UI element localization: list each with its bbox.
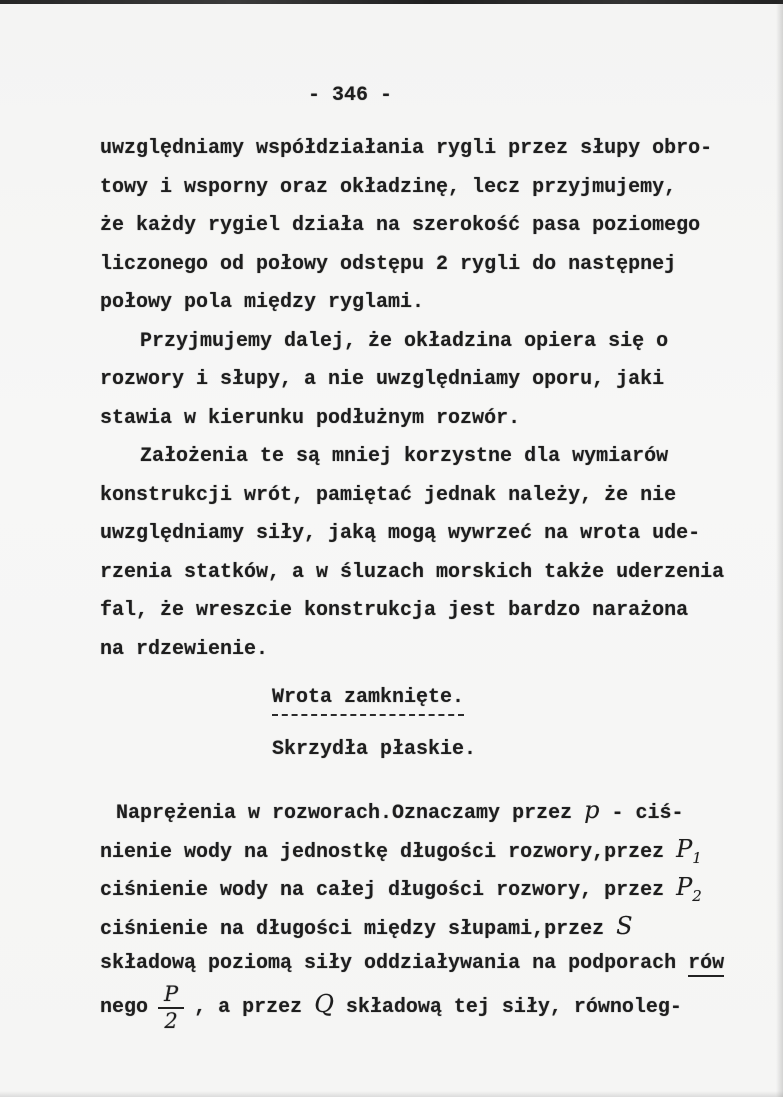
text-line: rzenia statków, a w śluzach morskich tak… [100, 554, 720, 593]
headings: Wrota zamknięte. Skrzydła płaskie. [272, 683, 720, 765]
text-line: składową poziomą siły oddziaływania na p… [100, 945, 720, 984]
text-segment: nego [100, 996, 148, 1019]
text-line: towy i wsporny oraz okładzinę, lecz przy… [100, 169, 720, 208]
text-segment: składową poziomą siły oddziaływania na p… [100, 952, 676, 975]
fraction-numerator: P [158, 984, 184, 1009]
math-symbol-s: S [616, 912, 632, 940]
text-segment: składową tej siły, równoleg- [346, 996, 682, 1019]
text-line: ciśnienie wody na całej długości rozwory… [100, 868, 720, 907]
math-symbol-q: Q [314, 990, 334, 1018]
paragraph-4: Naprężenia w rozworach.Oznaczamy przezp-… [100, 791, 720, 1022]
symbol-base: P [676, 873, 692, 901]
text-segment: Naprężenia w rozworach.Oznaczamy przez [116, 802, 572, 825]
text-column: - 346 - uwzględniamy współdziałania rygl… [100, 84, 720, 1022]
text-line: negoP2, a przezQskładową tej siły, równo… [100, 984, 720, 1023]
text-line: Przyjmujemy dalej, że okładzina opiera s… [100, 323, 720, 362]
underlined-word: rów [688, 952, 724, 977]
heading-skrzydla-plaskie: Skrzydła płaskie. [272, 735, 720, 765]
text-line: połowy pola między ryglami. [100, 284, 720, 323]
heading-wrota-zamkniete: Wrota zamknięte. [272, 683, 720, 713]
text-line: stawia w kierunku podłużnym rozwór. [100, 400, 720, 439]
scan-edge-top [0, 0, 783, 4]
symbol-base: P [676, 835, 692, 863]
math-symbol-p: p [584, 796, 599, 824]
text-line: konstrukcji wrót, pamiętać jednak należy… [100, 477, 720, 516]
math-symbol-p1: P1 [676, 835, 702, 863]
fraction-denominator: 2 [158, 1009, 184, 1032]
text-line: liczonego od połowy odstępu 2 rygli do n… [100, 246, 720, 285]
paragraph-1: uwzględniamy współdziałania rygli przez … [100, 130, 720, 323]
text-segment: ciśnienie na długości między słupami,prz… [100, 918, 604, 941]
paragraph-2: Przyjmujemy dalej, że okładzina opiera s… [100, 323, 720, 439]
text-line: Założenia te są mniej korzystne dla wymi… [100, 438, 720, 477]
text-line: ciśnienie na długości między słupami,prz… [100, 907, 720, 946]
symbol-subscript: 2 [692, 887, 702, 905]
spacer [676, 952, 688, 975]
text-line: na rdzewienie. [100, 631, 720, 670]
text-line: uwzględniamy siły, jaką mogą wywrzeć na … [100, 515, 720, 554]
text-segment: nienie wody na jednostkę długości rozwor… [100, 841, 664, 864]
scanned-document-page: - 346 - uwzględniamy współdziałania rygl… [0, 0, 783, 1097]
text-line: że każdy rygiel działa na szerokość pasa… [100, 207, 720, 246]
scan-edge-right [776, 0, 783, 1097]
text-segment: , a przez [194, 996, 302, 1019]
fraction-p-over-2: P2 [158, 984, 184, 1032]
text-segment: - ciś- [611, 802, 683, 825]
text-segment: ciśnienie wody na całej długości rozwory… [100, 879, 664, 902]
symbol-subscript: 1 [692, 849, 702, 867]
text-line: rozwory i słupy, a nie uwzględniamy opor… [100, 361, 720, 400]
heading-text: Wrota zamknięte. [272, 686, 464, 716]
paragraph-3: Założenia te są mniej korzystne dla wymi… [100, 438, 720, 669]
text-line: nienie wody na jednostkę długości rozwor… [100, 830, 720, 869]
scan-edge-bottom [0, 1091, 783, 1097]
text-line: Naprężenia w rozworach.Oznaczamy przezp-… [100, 791, 720, 830]
text-line: uwzględniamy współdziałania rygli przez … [100, 130, 720, 169]
text-line: fal, że wreszcie konstrukcja jest bardzo… [100, 592, 720, 631]
math-symbol-p2: P2 [676, 873, 702, 901]
page-number: - 346 - [308, 84, 720, 108]
